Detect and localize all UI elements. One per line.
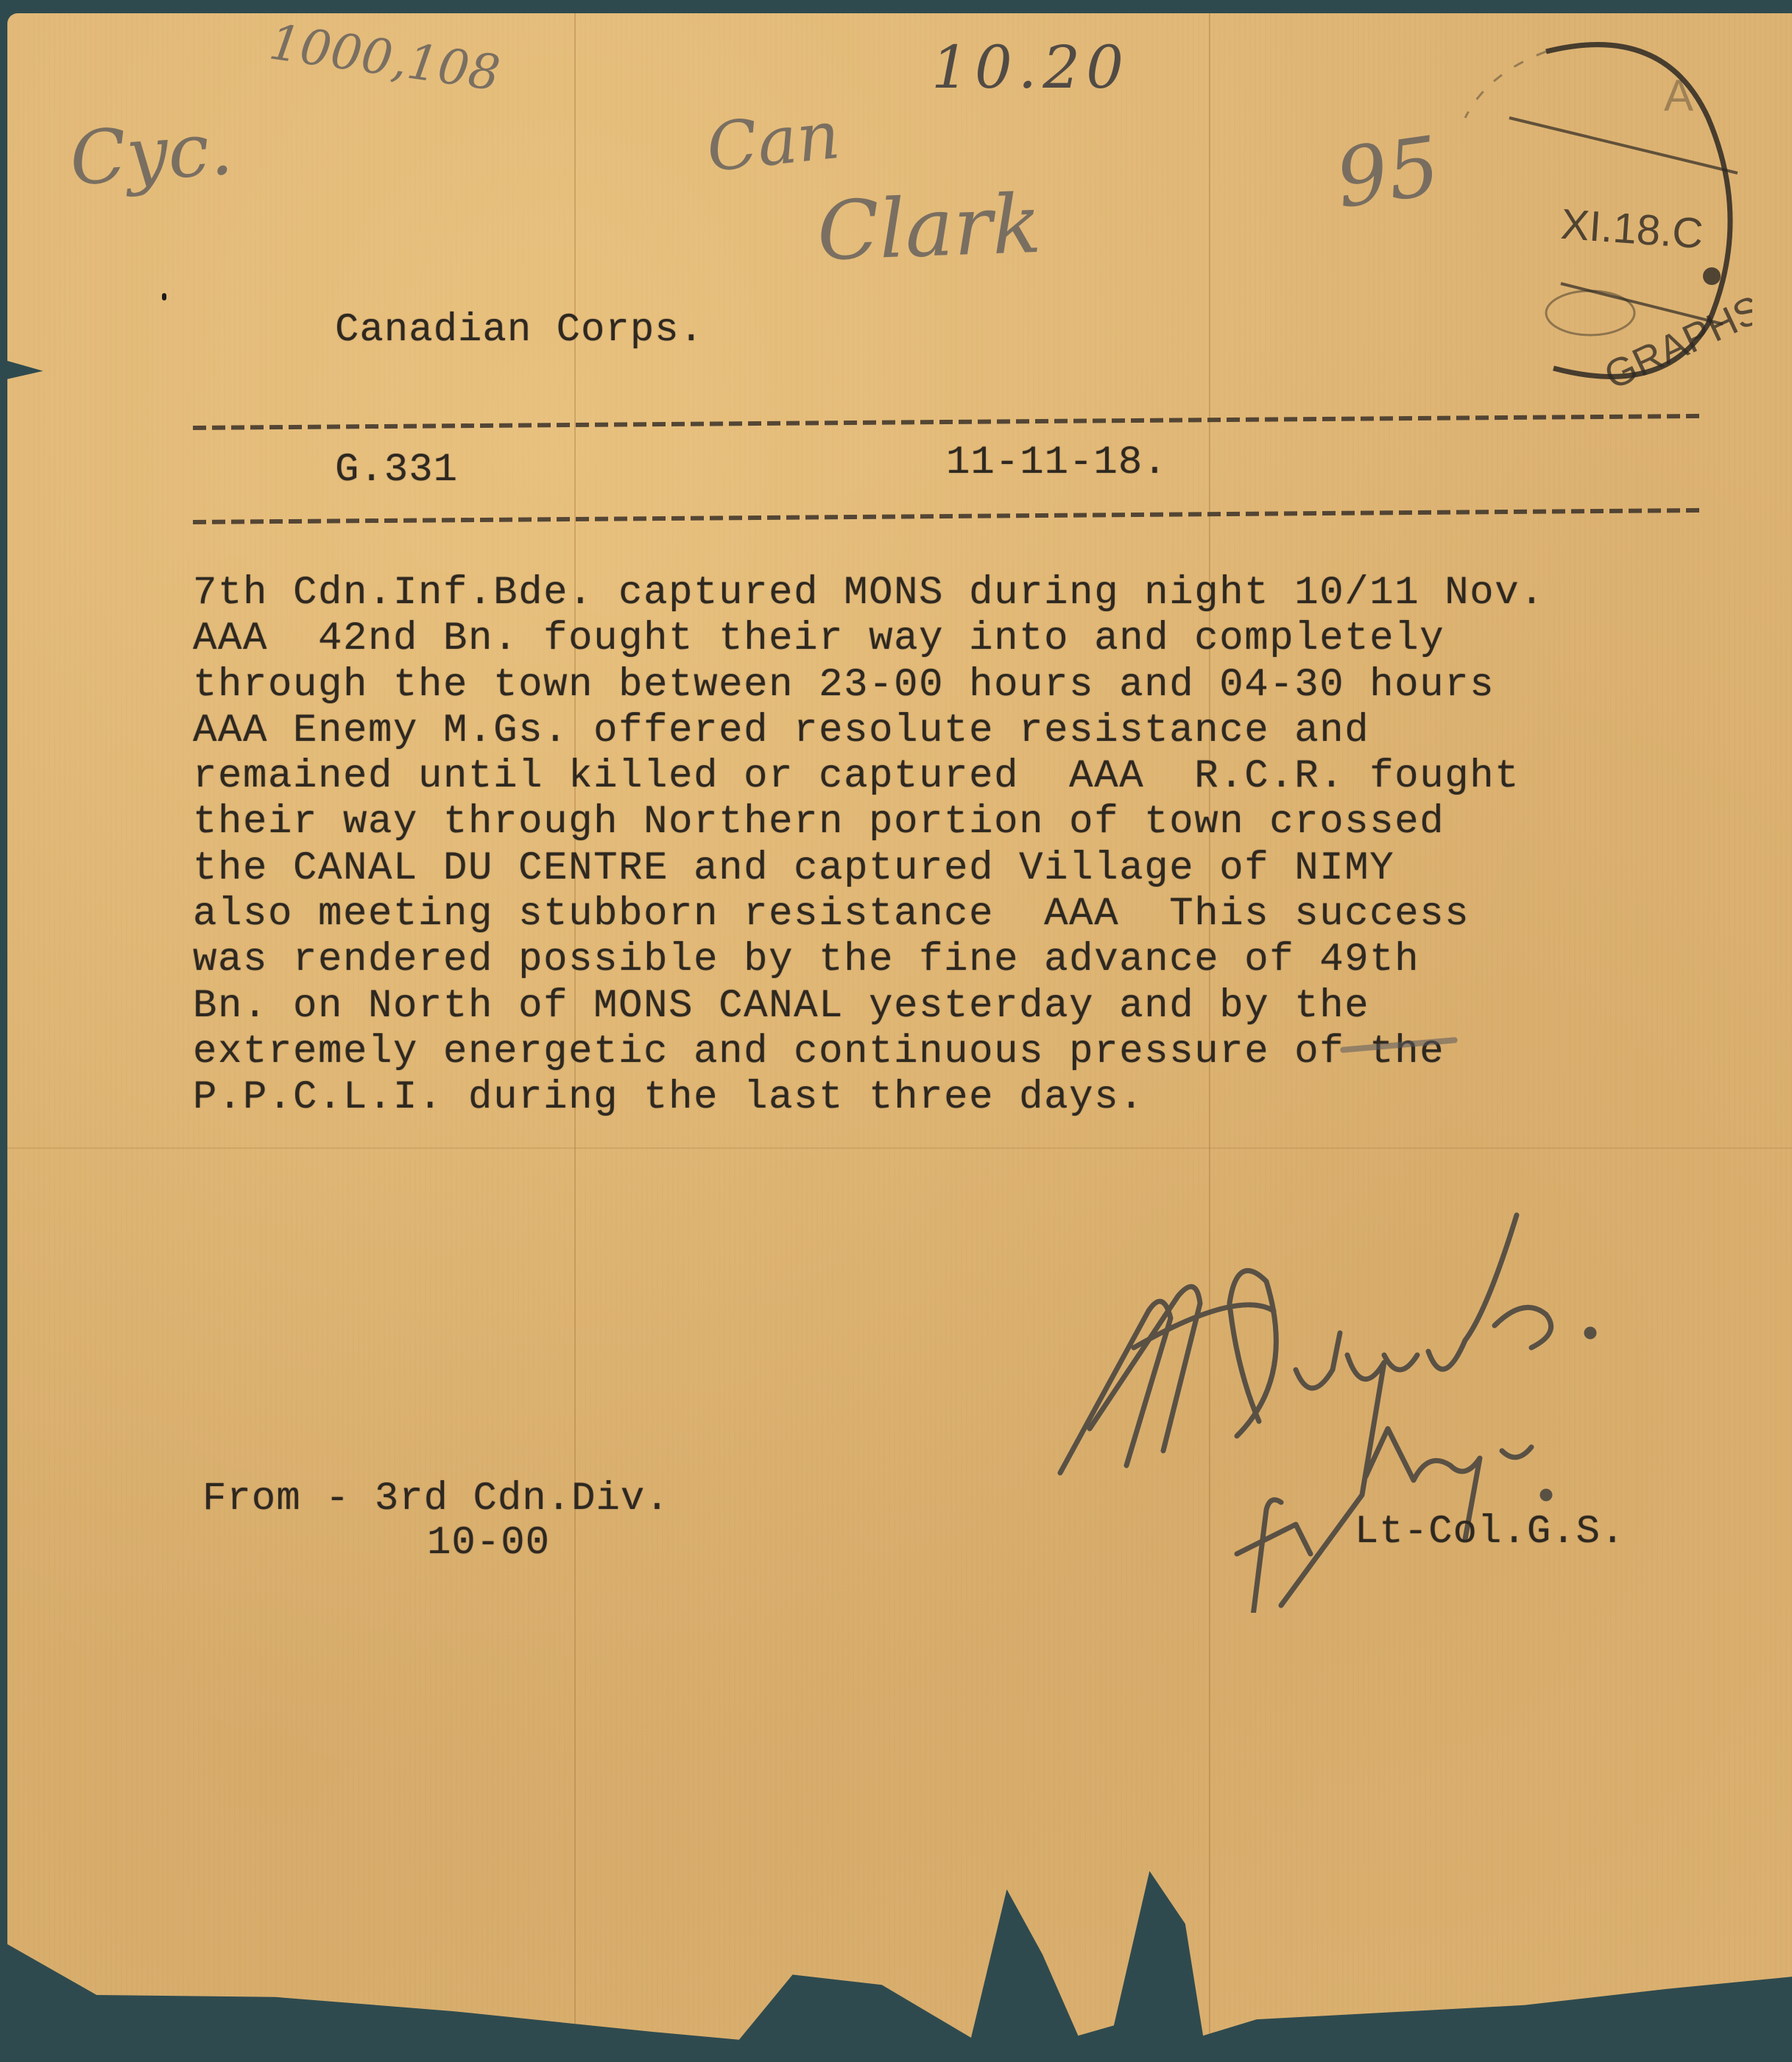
body-line: AAA Enemy M.Gs. offered resolute resista… bbox=[193, 708, 1545, 754]
body-line: the CANAL DU CENTRE and captured Village… bbox=[193, 846, 1545, 892]
body-line: also meeting stubborn resistance AAA Thi… bbox=[193, 892, 1545, 937]
message-date: 11-11-18. bbox=[946, 440, 1168, 485]
body-line: AAA 42nd Bn. fought their way into and c… bbox=[193, 616, 1545, 662]
stamp-date-text: XI.18.C bbox=[1559, 200, 1705, 258]
body-line: was rendered possible by the fine advanc… bbox=[193, 937, 1545, 983]
signatory-title: Lt-Col.G.S. bbox=[1355, 1510, 1625, 1555]
fold-line bbox=[7, 1147, 1792, 1149]
ink-speck bbox=[162, 293, 166, 300]
body-line: through the town between 23-00 hours and… bbox=[193, 663, 1545, 708]
message-reference: G.331 bbox=[335, 448, 458, 493]
pencil-initials: Cyc. bbox=[67, 105, 235, 202]
message-body: 7th Cdn.Inf.Bde. captured MONS during ni… bbox=[193, 571, 1545, 1122]
pencil-stamp-number: 95 bbox=[1330, 119, 1445, 226]
pencil-clerk-name: Clark bbox=[816, 177, 1043, 279]
pencil-receipt-time: 10.20 bbox=[931, 33, 1129, 102]
body-line: remained until killed or captured AAA R.… bbox=[193, 754, 1545, 800]
sender-from: From - 3rd Cdn.Div. bbox=[202, 1477, 670, 1521]
stamp-lower-text: GRAPHS bbox=[1598, 287, 1752, 390]
scanned-document: 1000,108 Cyc. 10.20 Can Clark 95 XI.18.C… bbox=[0, 0, 1792, 2062]
body-line: 7th Cdn.Inf.Bde. captured MONS during ni… bbox=[193, 571, 1545, 616]
sender-time: 10-00 bbox=[427, 1521, 550, 1566]
svg-text:A: A bbox=[1664, 71, 1693, 120]
pencil-scrawl: Can bbox=[703, 96, 843, 187]
date-stamp: XI.18.C A GRAPHS bbox=[1443, 29, 1752, 390]
body-line: P.P.C.L.I. during the last three days. bbox=[193, 1075, 1545, 1121]
body-line: their way through Northern portion of to… bbox=[193, 800, 1545, 845]
body-line: Bn. on North of MONS CANAL yesterday and… bbox=[193, 984, 1545, 1030]
addressee: Canadian Corps. bbox=[335, 308, 704, 353]
